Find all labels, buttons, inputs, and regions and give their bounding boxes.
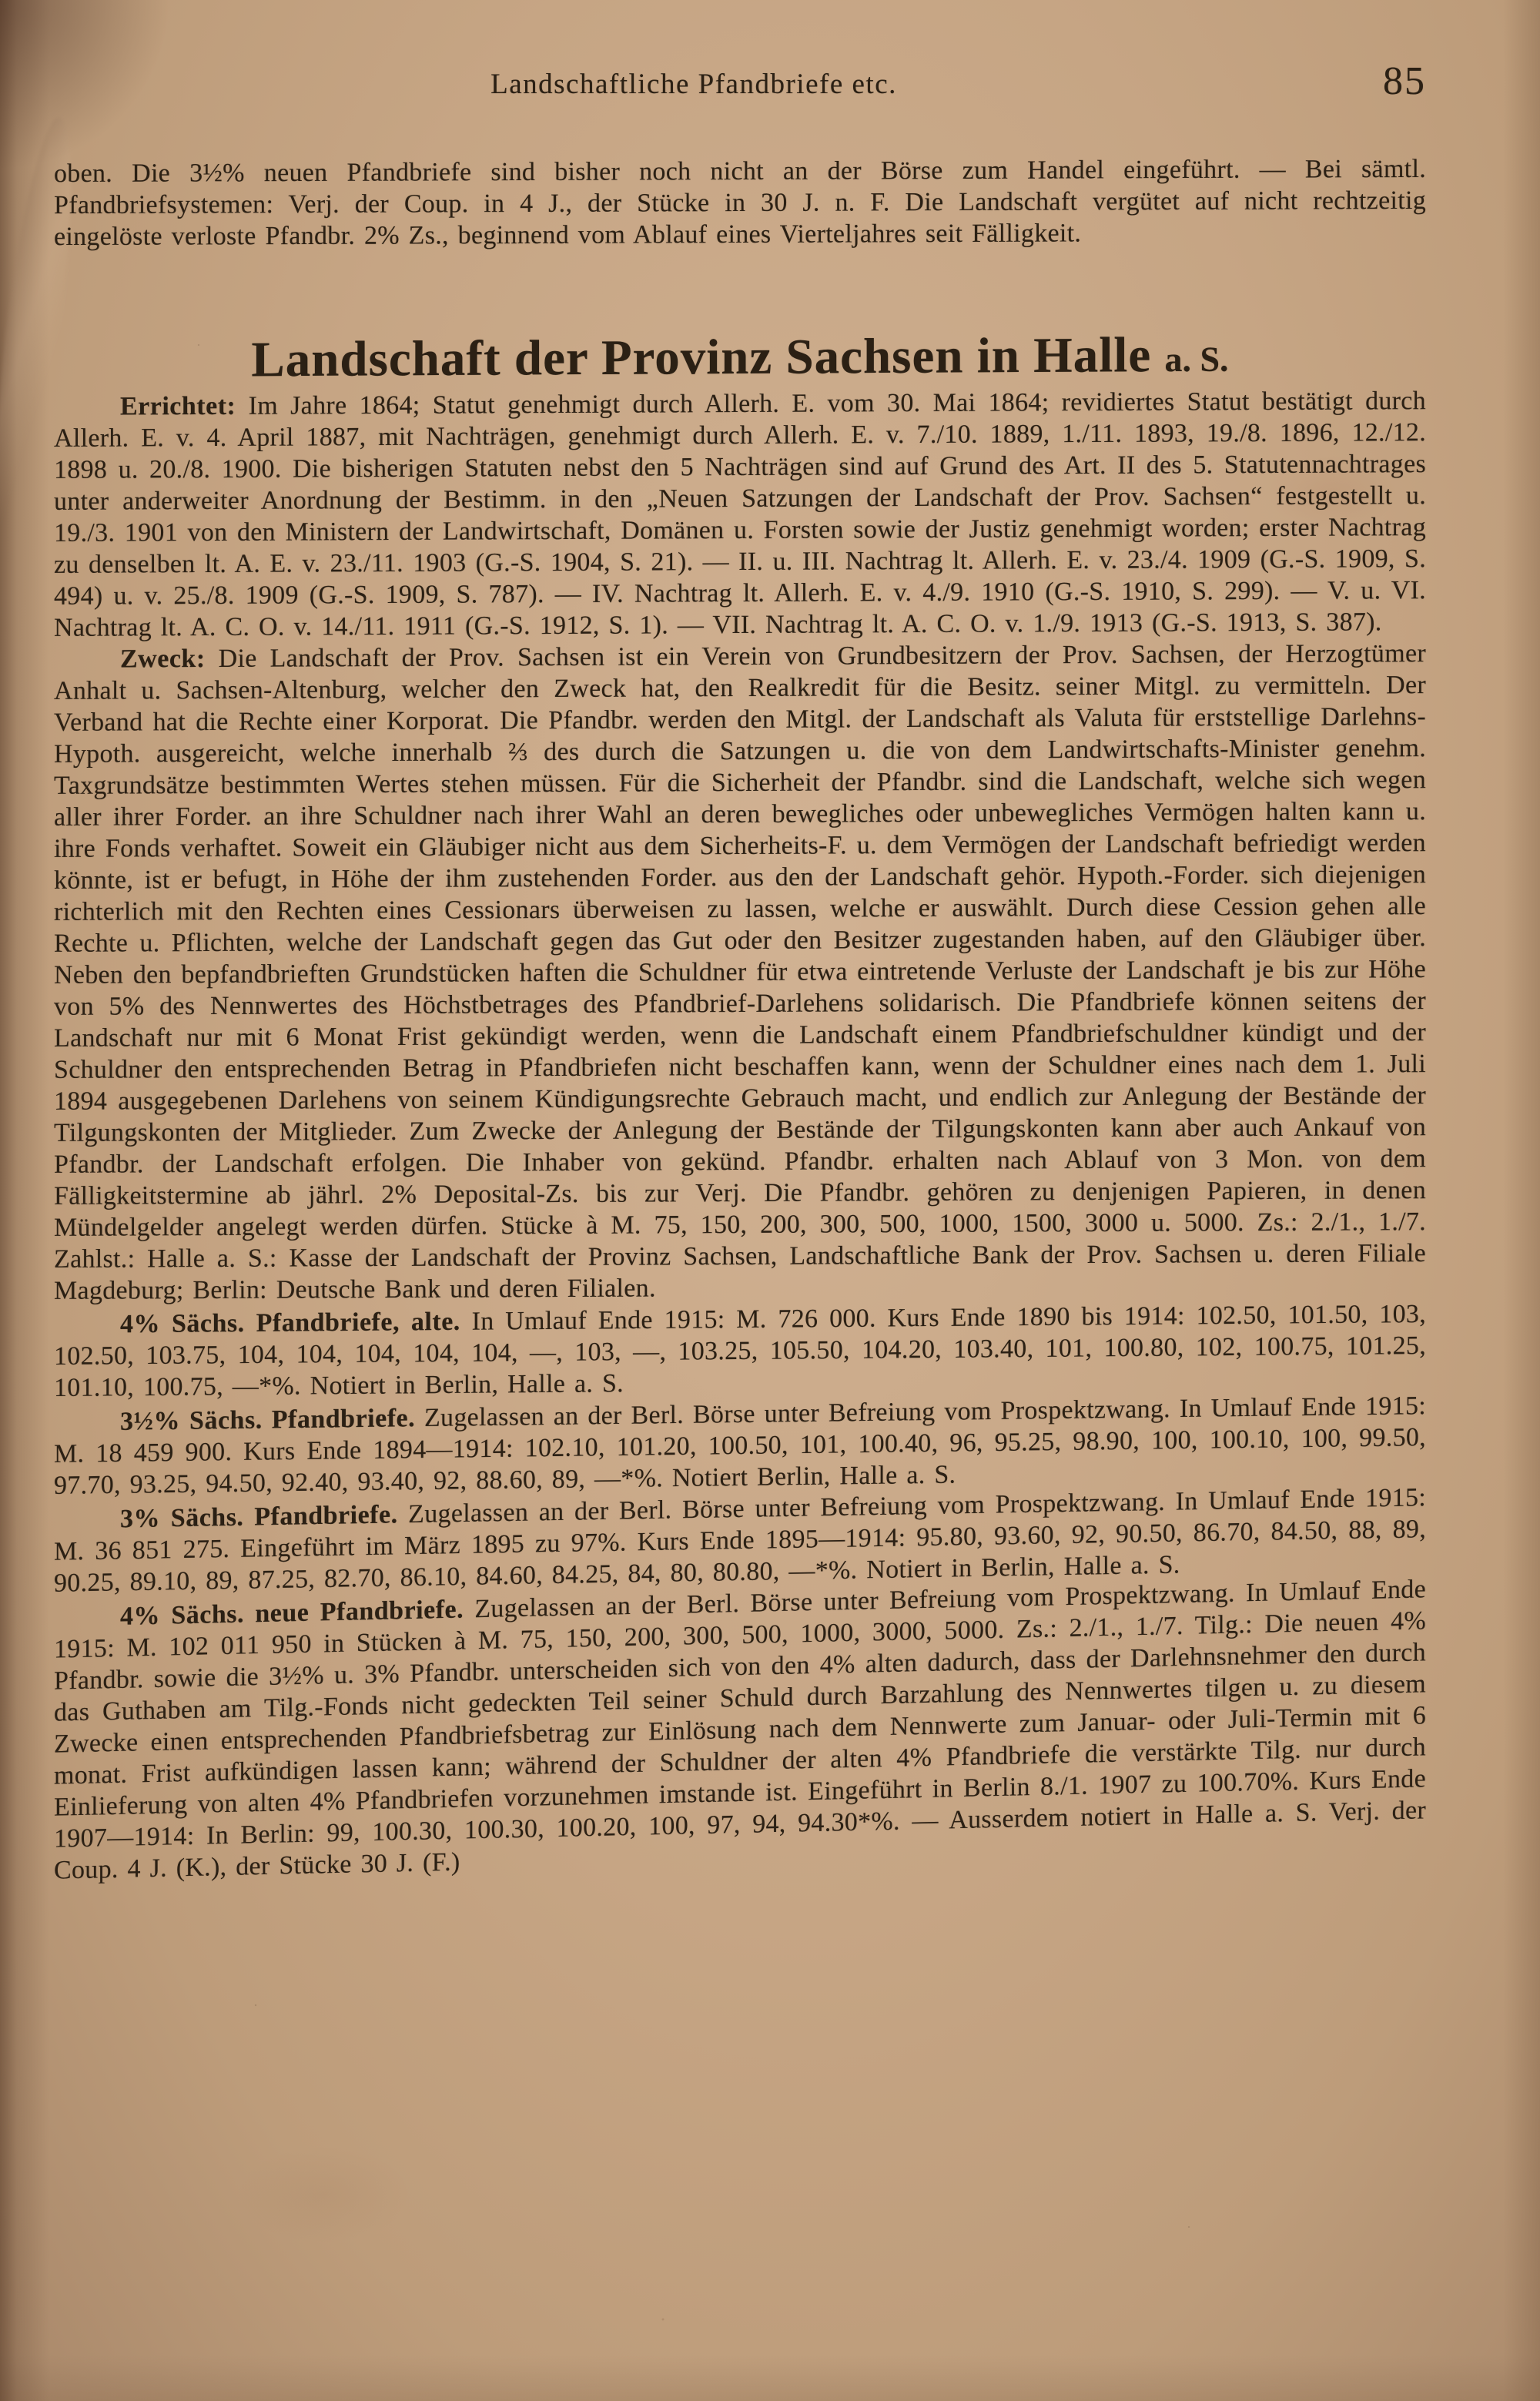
section-label: Errichtet: bbox=[120, 392, 236, 421]
running-head: Landschaftliche Pfandbriefe etc. 85 bbox=[54, 68, 1426, 122]
section-label: 3% Sächs. Pfandbriefe. bbox=[120, 1500, 398, 1533]
continuation-paragraph: oben. Die 3½% neuen Pfandbriefe sind bis… bbox=[54, 153, 1426, 253]
section-label: 4% Sächs. Pfandbriefe, alte. bbox=[120, 1308, 460, 1338]
section-label: 3½% Sächs. Pfandbriefe. bbox=[120, 1404, 415, 1436]
section-body-text: Die Landschaft der Prov. Sachsen ist ein… bbox=[54, 639, 1426, 1305]
scanned-book-page: { "colors": { "paper": "#c6a584", "ink":… bbox=[0, 0, 1540, 2401]
section-heading-main: Landschaft der Provinz Sachsen in Halle bbox=[251, 327, 1151, 387]
page-number: 85 bbox=[1383, 59, 1426, 104]
section-label: 4% Sächs. neue Pfandbriefe. bbox=[120, 1596, 464, 1631]
running-title: Landschaftliche Pfandbriefe etc. bbox=[54, 68, 1426, 101]
section-label: Zweck: bbox=[120, 645, 206, 673]
section-heading-suffix: a. S. bbox=[1164, 340, 1228, 379]
paragraph-errichtet: Errichtet: Im Jahre 1864; Statut genehmi… bbox=[54, 385, 1426, 644]
paragraph-zweck: Zweck: Die Landschaft der Prov. Sachsen … bbox=[54, 638, 1426, 1307]
section-body-text: Im Jahre 1864; Statut genehmigt durch Al… bbox=[54, 387, 1426, 642]
paragraph-4-prozent-neue: 4% Sächs. neue Pfandbriefe. Zugelassen a… bbox=[54, 1573, 1426, 1886]
paragraph-4-prozent-alte: 4% Sächs. Pfandbriefe, alte. In Umlauf E… bbox=[54, 1298, 1426, 1404]
section-heading: Landschaft der Provinz Sachsen in Halle … bbox=[54, 326, 1426, 393]
body-text: Errichtet: Im Jahre 1864; Statut genehmi… bbox=[54, 388, 1426, 1872]
